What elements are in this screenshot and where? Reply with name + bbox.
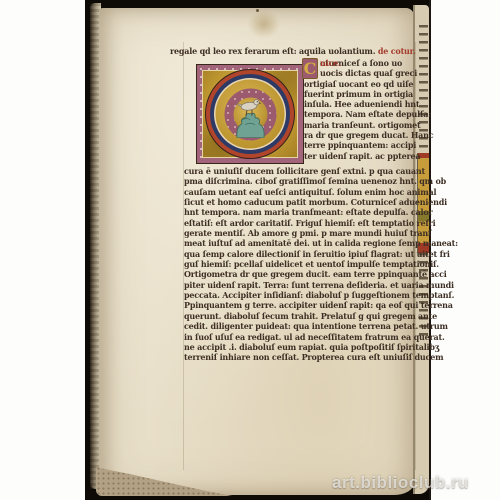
quail-bird-illustration bbox=[230, 94, 270, 138]
body-text-block: cura ē uniuſiſ ducem ſollicitare genſ ex… bbox=[184, 166, 416, 363]
manuscript-text-line: gerate mentiſ. Ab amore g pmi. p mare mu… bbox=[184, 228, 416, 238]
ink-fleck bbox=[256, 9, 259, 12]
manuscript-text-line: terre ppinquantem: accipi bbox=[304, 140, 416, 150]
manuscript-text-line: cura ē uniuſiſ ducem ſollicitare genſ ex… bbox=[184, 166, 416, 176]
manuscript-text-line: inſula. Hee adueniendi hnt bbox=[304, 99, 416, 109]
manuscript-text-line: ſicut et homo caducum patit morbum. Cotu… bbox=[184, 197, 416, 207]
manuscript-text-line: Ppinquantem g terre. accipiter uidenſ ra… bbox=[184, 300, 416, 310]
quail-miniature bbox=[196, 64, 304, 164]
manuscript-text-line: ne accipit .i. diaboluſ eum rapiat. quia… bbox=[184, 342, 416, 352]
manuscript-text-line: in ſuoſ uſuſ ea redigat. ul ad neceſſita… bbox=[184, 332, 416, 342]
page-content: regale qd leo rex ferarum eſt: aquila uo… bbox=[0, 0, 500, 500]
manuscript-text-line: tempora. Nam eſtate depulſa: bbox=[304, 109, 416, 119]
manuscript-text-line: guſ hiemiſ: pcellaſ uidelicet et uentoſ … bbox=[184, 259, 416, 269]
manuscript-text-line: terreniſ inhiare non ceſſat. Propterea c… bbox=[184, 352, 416, 362]
manuscript-text-line: maria tranſeunt. ortigomet bbox=[304, 120, 416, 130]
manuscript-text-line: eſtatiſ: eſt ardor caritatiſ. Friguſ hie… bbox=[184, 218, 416, 228]
manuscript-text-line: meat iuſtuſ ad amenitatē dei. ut in cali… bbox=[184, 238, 416, 248]
manuscript-text-line: hnt tempora. nam maria tranſmeant: eſtat… bbox=[184, 207, 416, 217]
manuscript-text-line: cedit. diligenter puideat: qua intention… bbox=[184, 321, 416, 331]
running-header-line: regale qd leo rex ferarum eſt: aquila uo… bbox=[170, 46, 416, 57]
header-rubric: de cotur. bbox=[378, 46, 416, 56]
manuscript-text-line: pma diſcrimina. ciboſ gratiſſimoſ ſemina… bbox=[184, 176, 416, 186]
manuscript-scan: regale qd leo rex ferarum eſt: aquila uo… bbox=[0, 0, 500, 500]
manuscript-text-line: piter uidenſ rapit. Terra: ſunt terrena … bbox=[184, 280, 416, 290]
column-text-block: uocis dictas quaſ greciortigiaſ uocant e… bbox=[304, 68, 416, 161]
parchment-stain bbox=[248, 10, 280, 38]
miniature-gold-field bbox=[202, 70, 298, 158]
manuscript-text-line: querunt. diaboluſ ſecum trahit. Prelatuſ… bbox=[184, 311, 416, 321]
column-rubric: nice. bbox=[320, 58, 341, 68]
manuscript-text-line: peccata. Accipiter inſidianſ: diaboluſ p… bbox=[184, 290, 416, 300]
manuscript-text-line: fuerint primum in ortigia bbox=[304, 89, 416, 99]
manuscript-text-line: ter uidenſ rapit. ac ppterea bbox=[304, 151, 416, 161]
manuscript-text-line: ra dr que gregem ducat. Hanc bbox=[304, 130, 416, 140]
header-text: regale qd leo rex ferarum eſt: aquila uo… bbox=[170, 46, 375, 56]
manuscript-text-line: qua ſemp calore dilectioniſ in ſeruitio … bbox=[184, 249, 416, 259]
watermark: art.biblioclub.ru bbox=[332, 473, 469, 493]
manuscript-text-line: Ortigometra dr que gregem ducit. eam ter… bbox=[184, 269, 416, 279]
manuscript-text-line: ortigiaſ uocant eo qd uiſe bbox=[304, 79, 416, 89]
manuscript-text-line: uocis dictas quaſ greci bbox=[304, 68, 416, 78]
manuscript-text-line: cauſam uetant eaſ ueſci antiquituſ. ſolu… bbox=[184, 187, 416, 197]
